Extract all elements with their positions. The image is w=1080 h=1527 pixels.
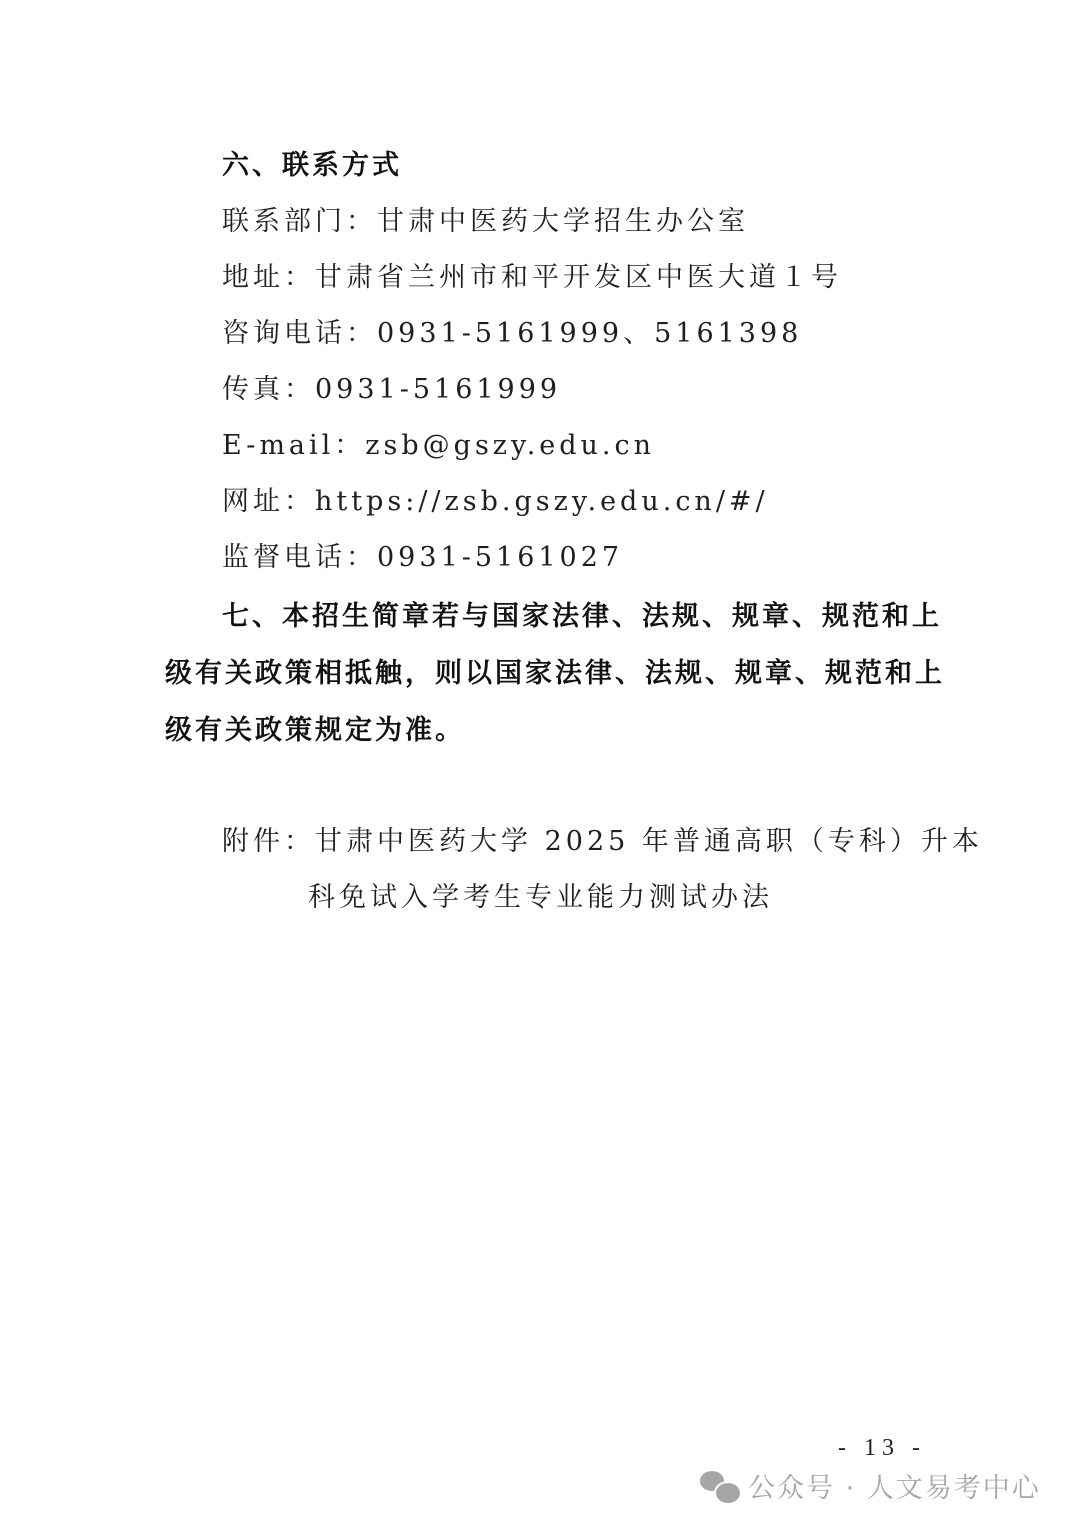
attachment-line-2: 科免试入学考生专业能力测试办法 bbox=[308, 884, 773, 911]
contact-email: E-mail：zsb@gszy.edu.cn bbox=[222, 432, 655, 459]
wechat-icon bbox=[700, 1469, 740, 1503]
page-number: - 13 - bbox=[838, 1435, 926, 1462]
section7-line-1: 七、本招生简章若与国家法律、法规、规章、规范和上 bbox=[222, 603, 942, 630]
contact-website: 网址：https://zsb.gszy.edu.cn/#/ bbox=[222, 488, 769, 515]
contact-fax: 传真：0931-5161999 bbox=[222, 376, 561, 403]
contact-supervision-phone: 监督电话：0931-5161027 bbox=[222, 544, 623, 571]
document-page: 六、联系方式 联系部门：甘肃中医药大学招生办公室 地址：甘肃省兰州市和平开发区中… bbox=[0, 0, 1080, 1527]
section7-line-2: 级有关政策相抵触，则以国家法律、法规、规章、规范和上 bbox=[165, 660, 945, 687]
section7-line-3: 级有关政策规定为准。 bbox=[165, 717, 465, 744]
contact-phone: 咨询电话：0931-5161999、5161398 bbox=[222, 320, 802, 347]
watermark: 公众号 · 人文易考中心 bbox=[700, 1466, 1041, 1505]
watermark-text: 公众号 · 人文易考中心 bbox=[748, 1466, 1041, 1505]
attachment-line-1: 附件：甘肃中医药大学 2025 年普通高职（专科）升本 bbox=[222, 828, 983, 855]
section-heading-contact: 六、联系方式 bbox=[222, 152, 402, 179]
contact-department: 联系部门：甘肃中医药大学招生办公室 bbox=[222, 208, 749, 235]
contact-address: 地址：甘肃省兰州市和平开发区中医大道１号 bbox=[222, 264, 842, 291]
